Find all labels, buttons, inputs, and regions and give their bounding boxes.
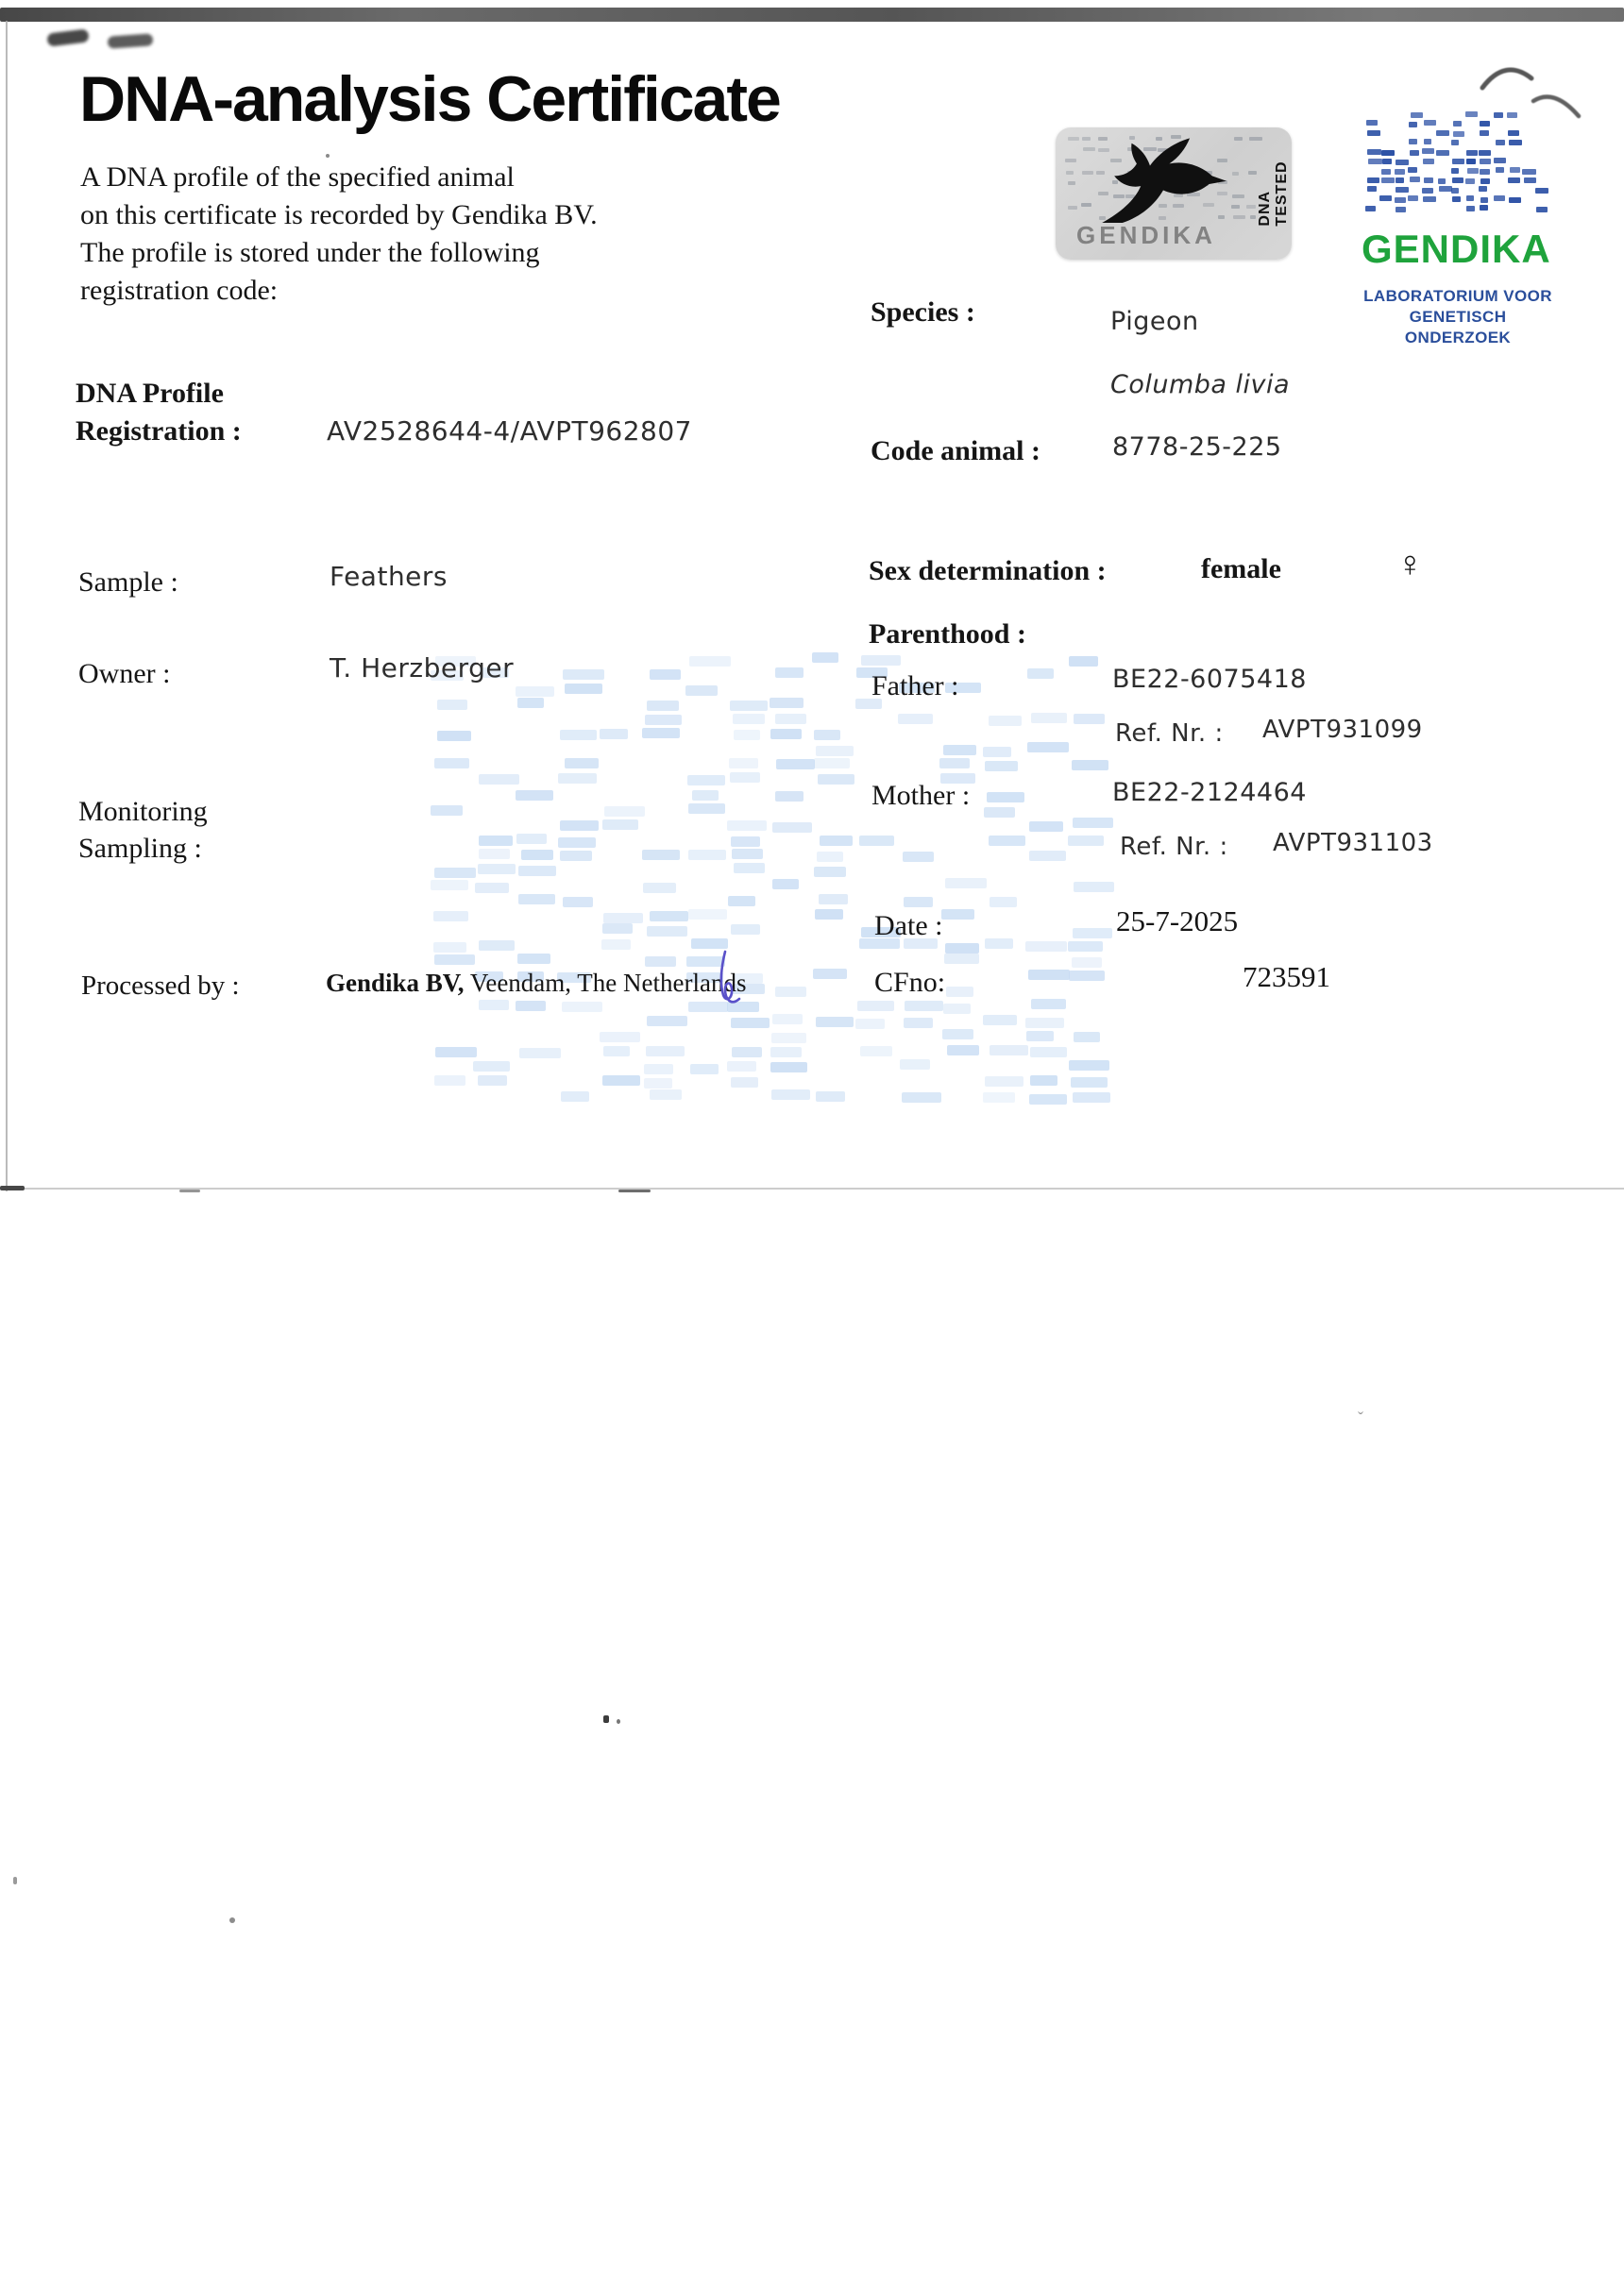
- watermark-band: [565, 758, 599, 768]
- watermark-band: [904, 1018, 933, 1028]
- watermark-band: [814, 867, 847, 877]
- watermark-band: [775, 987, 806, 997]
- watermark-band: [770, 698, 804, 708]
- mosaic-cell: [1379, 195, 1391, 201]
- watermark-band: [772, 879, 799, 889]
- watermark-band: [689, 656, 731, 667]
- intro-line: A DNA profile of the specified animal: [80, 159, 598, 196]
- watermark-band: [860, 1046, 892, 1056]
- watermark-band: [645, 715, 682, 725]
- watermark-band: [643, 883, 676, 893]
- watermark-band: [1027, 742, 1069, 752]
- watermark-band: [563, 897, 593, 907]
- watermark-band: [1069, 971, 1106, 981]
- watermark-pattern: [430, 651, 1109, 1111]
- watermark-band: [775, 667, 804, 678]
- watermark-band: [775, 714, 806, 724]
- mother-value: BE22-2124464: [1112, 778, 1307, 807]
- watermark-band: [517, 698, 544, 708]
- mosaic-cell: [1465, 111, 1478, 117]
- watermark-band: [1072, 957, 1102, 968]
- watermark-band: [1074, 882, 1114, 892]
- mosaic-cell: [1480, 169, 1490, 175]
- pigeon-icon: [1082, 133, 1244, 235]
- watermark-band: [434, 1075, 465, 1086]
- watermark-band: [650, 669, 682, 680]
- mosaic-cell: [1408, 167, 1416, 173]
- watermark-band: [650, 911, 688, 921]
- watermark-band: [690, 1064, 719, 1074]
- mosaic-cell: [1409, 122, 1417, 127]
- watermark-band: [650, 1089, 682, 1100]
- cfno-value: 723591: [1243, 960, 1330, 994]
- watermark-band: [479, 774, 519, 785]
- father-ref-label: Ref. Nr. :: [1115, 719, 1224, 748]
- watermark-band: [434, 954, 475, 965]
- watermark-band: [1071, 1077, 1108, 1088]
- watermark-band: [730, 772, 760, 783]
- watermark-band: [565, 684, 602, 694]
- watermark-band: [946, 987, 973, 997]
- mosaic-cell: [1467, 168, 1480, 174]
- mosaic-cell: [1508, 130, 1519, 136]
- watermark-band: [898, 714, 933, 724]
- registration-label-line2: Registration :: [76, 415, 242, 447]
- mosaic-cell: [1494, 112, 1503, 118]
- dna-tested-label: DNA TESTED: [1257, 160, 1291, 226]
- watermark-band: [1029, 821, 1063, 832]
- mosaic-cell: [1367, 149, 1380, 155]
- watermark-band: [775, 791, 804, 802]
- mosaic-cell: [1382, 159, 1392, 164]
- watermark-band: [814, 730, 840, 740]
- watermark-band: [602, 819, 638, 830]
- watermark-band: [602, 923, 633, 934]
- mosaic-cell: [1453, 131, 1464, 137]
- watermark-band: [947, 1045, 979, 1055]
- watermark-band: [985, 1076, 1023, 1087]
- stamp-dash: [1068, 206, 1077, 210]
- mother-ref-label: Ref. Nr. :: [1120, 833, 1228, 861]
- watermark-band: [601, 939, 632, 950]
- scan-speck: [13, 1877, 17, 1884]
- stamp-dash: [1068, 181, 1075, 185]
- watermark-band: [729, 758, 757, 768]
- watermark-band: [943, 1004, 971, 1014]
- watermark-band: [1073, 818, 1113, 828]
- watermark-band: [437, 700, 467, 710]
- watermark-band: [1031, 713, 1067, 723]
- watermark-band: [731, 924, 760, 935]
- mosaic-cell: [1424, 120, 1437, 126]
- watermark-band: [857, 1001, 894, 1011]
- watermark-band: [1068, 836, 1105, 846]
- mosaic-cell: [1522, 169, 1535, 175]
- date-label: Date :: [874, 910, 942, 942]
- watermark-band: [642, 850, 680, 860]
- scan-speck: [229, 1917, 235, 1923]
- watermark-band: [944, 954, 979, 964]
- watermark-band: [727, 820, 766, 831]
- watermark-band: [516, 686, 554, 697]
- watermark-band: [861, 655, 902, 666]
- mosaic-cell: [1365, 206, 1376, 211]
- mother-label: Mother :: [871, 780, 970, 812]
- watermark-band: [942, 1029, 973, 1039]
- sample-label: Sample :: [78, 566, 178, 599]
- mosaic-cell: [1366, 120, 1378, 126]
- watermark-band: [990, 897, 1017, 907]
- watermark-band: [558, 773, 597, 784]
- watermark-band: [905, 1001, 943, 1011]
- watermark-band: [434, 868, 476, 878]
- scan-smudge: [46, 28, 89, 46]
- watermark-band: [692, 790, 719, 801]
- code-animal-value: 8778-25-225: [1112, 432, 1282, 462]
- mosaic-cell: [1410, 177, 1420, 182]
- mosaic-cell: [1466, 195, 1474, 201]
- page-bottom-edge: [0, 1188, 1624, 1190]
- watermark-band: [731, 836, 760, 847]
- intro-line: on this certificate is recorded by Gendi…: [80, 196, 598, 234]
- watermark-band: [560, 851, 592, 861]
- mosaic-cell: [1509, 197, 1521, 203]
- watermark-band: [817, 852, 844, 862]
- watermark-band: [989, 836, 1025, 846]
- mosaic-cell: [1536, 207, 1548, 212]
- edge-mark: [179, 1190, 200, 1192]
- watermark-band: [945, 878, 987, 888]
- mosaic-cell: [1409, 139, 1417, 144]
- father-value: BE22-6075418: [1112, 665, 1307, 694]
- mosaic-cell: [1381, 177, 1395, 183]
- monitoring-label-line2: Sampling :: [78, 833, 202, 865]
- female-symbol: ♀: [1396, 544, 1424, 585]
- watermark-band: [819, 894, 847, 904]
- stamp-dash: [1066, 171, 1074, 175]
- intro-line: registration code:: [80, 272, 598, 310]
- mosaic-cell: [1381, 169, 1390, 175]
- watermark-band: [1074, 714, 1105, 724]
- processed-by-label: Processed by :: [81, 971, 240, 1002]
- watermark-band: [516, 1001, 547, 1011]
- watermark-band: [560, 820, 599, 831]
- mosaic-cell: [1508, 177, 1519, 183]
- mosaic-cell: [1509, 140, 1522, 145]
- registration-label-line1: DNA Profile: [76, 378, 224, 410]
- watermark-band: [646, 1046, 685, 1056]
- watermark-band: [1027, 668, 1054, 679]
- species-latin-value: Columba livia: [1110, 370, 1290, 399]
- watermark-band: [603, 913, 643, 923]
- monitoring-label-line1: Monitoring: [78, 796, 208, 828]
- watermark-band: [983, 1092, 1016, 1103]
- watermark-band: [728, 896, 755, 906]
- watermark-band: [518, 894, 555, 904]
- watermark-band: [820, 836, 853, 846]
- watermark-band: [855, 1019, 885, 1029]
- scan-speck: [326, 154, 330, 158]
- mosaic-cell: [1480, 205, 1488, 211]
- father-ref-value: AVPT931099: [1262, 716, 1423, 744]
- watermark-band: [1026, 1031, 1054, 1041]
- page-left-edge: [6, 21, 8, 1191]
- watermark-band: [1025, 1018, 1064, 1028]
- watermark-band: [816, 1091, 845, 1102]
- mosaic-cell: [1452, 159, 1463, 164]
- watermark-band: [516, 790, 552, 801]
- watermark-band: [985, 761, 1017, 771]
- processed-by-location: Veendam, The Netherlands: [465, 969, 747, 997]
- registration-value: AV2528644-4/AVPT962807: [327, 415, 692, 447]
- mosaic-cell: [1367, 130, 1379, 136]
- mosaic-cell: [1423, 196, 1437, 202]
- watermark-band: [517, 954, 550, 964]
- mosaic-cell: [1480, 197, 1488, 203]
- mosaic-cell: [1395, 169, 1406, 175]
- species-label: Species :: [871, 296, 975, 329]
- watermark-band: [1074, 1032, 1100, 1042]
- watermark-band: [1069, 656, 1098, 667]
- watermark-band: [563, 669, 604, 680]
- mosaic-cell: [1436, 150, 1448, 156]
- watermark-band: [770, 729, 801, 739]
- watermark-band: [644, 1078, 672, 1089]
- watermark-band: [987, 792, 1024, 802]
- mosaic-cell: [1494, 195, 1505, 201]
- watermark-band: [647, 1016, 687, 1026]
- watermark-band: [1069, 1060, 1110, 1071]
- mosaic-cell: [1368, 159, 1382, 164]
- watermark-band: [604, 806, 645, 817]
- scan-smudge: [108, 33, 154, 48]
- watermark-band: [770, 1062, 806, 1072]
- watermark-band: [685, 685, 718, 696]
- watermark-band: [902, 1092, 941, 1103]
- mosaic-cell: [1438, 178, 1446, 184]
- mosaic-cell: [1451, 188, 1460, 194]
- mosaic-cell: [1466, 159, 1477, 164]
- certificate-page: DNA-analysis Certificate A DNA profile o…: [0, 0, 1624, 2296]
- dna-tested-stamp: GENDIKA DNA TESTED: [1056, 127, 1292, 260]
- watermark-band: [519, 1048, 561, 1058]
- watermark-band: [816, 746, 854, 756]
- sex-determination-label: Sex determination :: [869, 555, 1107, 587]
- watermark-band: [904, 897, 933, 907]
- mosaic-cell: [1395, 197, 1406, 203]
- mosaic-cell: [1422, 148, 1433, 154]
- mosaic-cell: [1480, 121, 1490, 127]
- watermark-band: [770, 1047, 802, 1057]
- mosaic-cell: [1422, 188, 1433, 194]
- watermark-band: [434, 758, 469, 768]
- watermark-band: [990, 1045, 1029, 1055]
- watermark-band: [602, 1075, 640, 1086]
- watermark-band: [1072, 760, 1108, 770]
- watermark-band: [730, 701, 768, 711]
- watermark-band: [478, 1075, 508, 1086]
- watermark-band: [479, 836, 513, 846]
- mosaic-cell: [1479, 150, 1491, 156]
- tagline-line: LABORATORIUM VOOR: [1363, 286, 1552, 307]
- mosaic-cell: [1424, 177, 1433, 183]
- watermark-band: [814, 758, 850, 768]
- mosaic-cell: [1496, 167, 1504, 173]
- watermark-band: [771, 1089, 810, 1100]
- watermark-band: [734, 863, 765, 873]
- watermark-band: [733, 714, 765, 724]
- mosaic-cell: [1494, 158, 1506, 163]
- watermark-band: [731, 1077, 758, 1088]
- mosaic-cell: [1424, 139, 1431, 144]
- watermark-band: [518, 866, 556, 876]
- mosaic-cell: [1396, 177, 1403, 183]
- watermark-band: [688, 909, 727, 920]
- watermark-band: [561, 1091, 589, 1102]
- watermark-band: [475, 883, 509, 893]
- watermark-band: [941, 909, 974, 920]
- watermark-band: [473, 1061, 510, 1072]
- mosaic-cell: [1451, 168, 1459, 174]
- mosaic-cell: [1367, 186, 1377, 192]
- stamp-dash: [1068, 137, 1079, 141]
- watermark-band: [1073, 928, 1112, 938]
- watermark-band: [479, 1000, 509, 1010]
- watermark-band: [1028, 970, 1069, 980]
- watermark-band: [818, 774, 854, 785]
- watermark-band: [1029, 851, 1066, 861]
- watermark-band: [727, 1061, 756, 1072]
- mosaic-cell: [1411, 112, 1424, 118]
- stamp-dash: [1250, 215, 1257, 219]
- stamp-dash: [1065, 159, 1075, 162]
- mosaic-cell: [1480, 159, 1491, 164]
- watermark-band: [943, 745, 976, 755]
- mosaic-cell: [1479, 186, 1487, 192]
- watermark-band: [600, 729, 628, 739]
- mosaic-cell: [1466, 150, 1478, 156]
- page-title: DNA-analysis Certificate: [79, 62, 780, 136]
- tagline-line: GENETISCH ONDERZOEK: [1363, 307, 1552, 348]
- watermark-band: [562, 1002, 602, 1012]
- mosaic-cell: [1436, 130, 1449, 136]
- mosaic-cell: [1510, 167, 1520, 173]
- mother-ref-value: AVPT931103: [1273, 829, 1433, 857]
- watermark-band: [433, 942, 466, 953]
- mosaic-cell: [1453, 121, 1462, 127]
- watermark-band: [985, 938, 1013, 949]
- watermark-band: [647, 701, 678, 711]
- scanner-edge-band: [0, 8, 1624, 22]
- watermark-band: [642, 728, 680, 738]
- species-value: Pigeon: [1110, 307, 1199, 336]
- sample-value: Feathers: [330, 561, 448, 592]
- watermark-band: [431, 805, 462, 816]
- intro-line: The profile is stored under the followin…: [80, 234, 598, 272]
- gendika-logo-brand: GENDIKA: [1362, 227, 1551, 272]
- watermark-band: [859, 836, 893, 846]
- sex-value: female: [1201, 553, 1281, 585]
- mosaic-cell: [1408, 195, 1418, 201]
- watermark-band: [1068, 941, 1103, 952]
- watermark-band: [647, 926, 687, 937]
- father-label: Father :: [871, 670, 958, 702]
- edge-mark: [0, 1186, 25, 1190]
- mosaic-cell: [1535, 188, 1548, 194]
- signature-mark: [716, 948, 748, 1010]
- mosaic-cell: [1396, 187, 1409, 193]
- watermark-band: [939, 758, 969, 768]
- watermark-band: [945, 943, 979, 954]
- gendika-logo-mosaic: [1365, 110, 1550, 216]
- watermark-band: [734, 730, 760, 740]
- watermark-band: [600, 1032, 640, 1042]
- owner-label: Owner :: [78, 658, 170, 690]
- stamp-vertical-label-wrap: DNA TESTED: [1258, 127, 1290, 260]
- mosaic-cell: [1396, 207, 1406, 212]
- mosaic-cell: [1480, 178, 1490, 184]
- mosaic-cell: [1423, 159, 1434, 164]
- watermark-band: [812, 652, 838, 663]
- mosaic-cell: [1524, 177, 1536, 183]
- mosaic-cell: [1396, 160, 1409, 165]
- mosaic-cell: [1381, 150, 1395, 156]
- watermark-band: [688, 850, 726, 860]
- watermark-band: [1031, 999, 1066, 1009]
- watermark-band: [479, 849, 510, 859]
- watermark-band: [479, 940, 515, 951]
- mosaic-cell: [1507, 112, 1517, 118]
- watermark-band: [435, 1047, 477, 1057]
- date-value: 25-7-2025: [1116, 904, 1238, 938]
- stamp-dash: [1246, 205, 1255, 209]
- watermark-band: [983, 747, 1011, 757]
- mosaic-cell: [1410, 150, 1418, 156]
- watermark-band: [984, 807, 1016, 818]
- watermark-band: [776, 759, 815, 769]
- watermark-band: [560, 730, 597, 740]
- watermark-band: [815, 909, 843, 920]
- mosaic-cell: [1465, 178, 1475, 184]
- watermark-band: [558, 837, 596, 848]
- watermark-band: [1029, 1094, 1067, 1105]
- watermark-band: [431, 880, 469, 890]
- mosaic-cell: [1466, 206, 1475, 211]
- watermark-band: [603, 1046, 630, 1056]
- processed-by-company: Gendika BV,: [326, 969, 465, 997]
- watermark-band: [516, 834, 547, 844]
- mosaic-cell: [1452, 177, 1463, 183]
- scan-speck: [603, 1715, 609, 1723]
- watermark-band: [989, 716, 1022, 726]
- mosaic-cell: [1451, 140, 1460, 145]
- watermark-band: [771, 1033, 806, 1043]
- watermark-band: [816, 1017, 854, 1027]
- stamp-brand-text: GENDIKA: [1076, 221, 1216, 250]
- watermark-band: [731, 1018, 770, 1028]
- watermark-band: [900, 1059, 929, 1070]
- watermark-band: [732, 1047, 762, 1057]
- watermark-band: [1073, 1092, 1109, 1103]
- mosaic-cell: [1480, 130, 1489, 136]
- mosaic-cell: [1496, 140, 1505, 145]
- watermark-band: [644, 1064, 673, 1074]
- watermark-band: [437, 731, 471, 741]
- watermark-band: [772, 1014, 803, 1024]
- mosaic-cell: [1452, 196, 1461, 202]
- watermark-band: [433, 911, 468, 921]
- watermark-band: [1030, 1075, 1057, 1086]
